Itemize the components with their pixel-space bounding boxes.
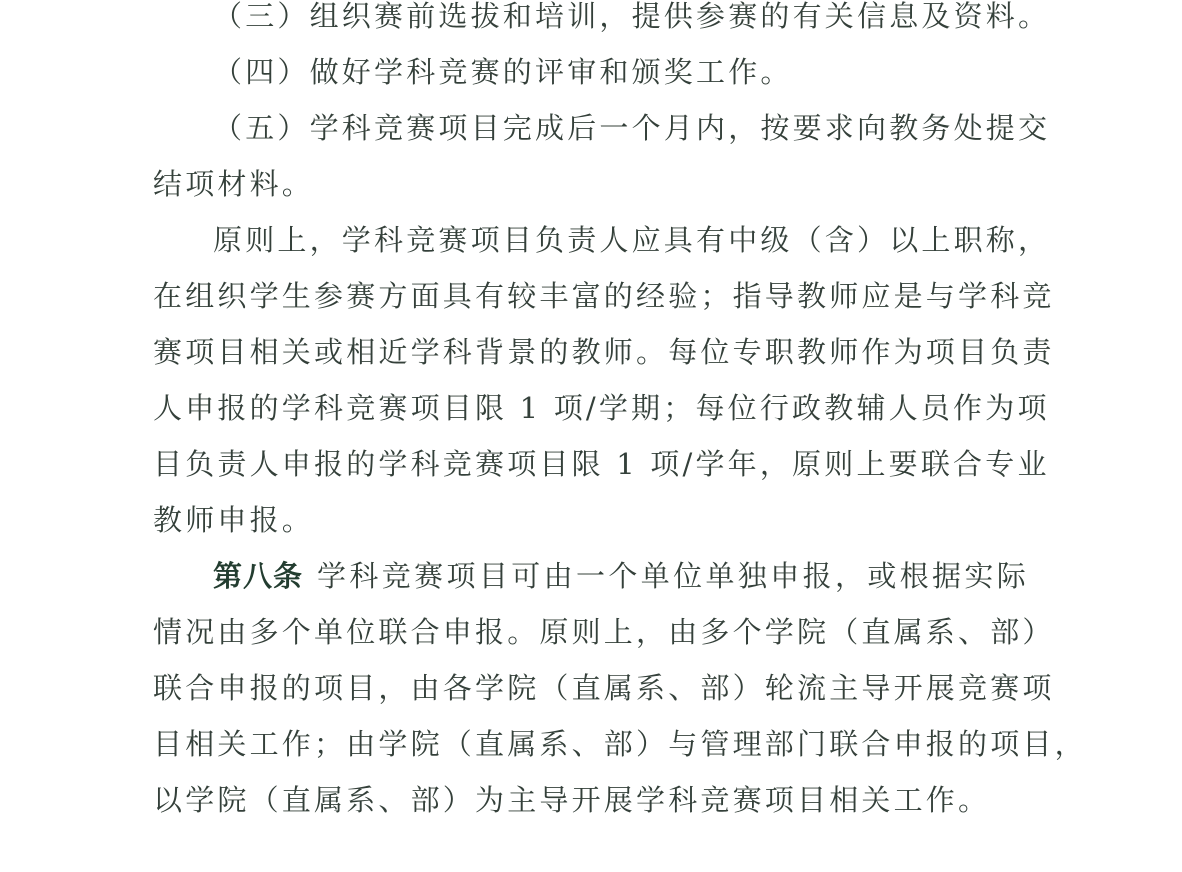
item-5-line-1: （五）学科竞赛项目完成后一个月内，按要求向教务处提交 — [213, 108, 1029, 148]
principle-line-2: 在组织学生参赛方面具有较丰富的经验；指导教师应是与学科竞 — [153, 276, 1029, 316]
principle-line-1: 原则上，学科竞赛项目负责人应具有中级（含）以上职称， — [213, 220, 1029, 260]
article-8-line-3: 联合申报的项目，由各学院（直属系、部）轮流主导开展竞赛项 — [153, 668, 1029, 708]
principle-line-3: 赛项目相关或相近学科背景的教师。每位专职教师作为项目负责 — [153, 332, 1029, 372]
article-8-line-5: 以学院（直属系、部）为主导开展学科竞赛项目相关工作。 — [153, 780, 1029, 820]
article-8-line-2: 情况由多个单位联合申报。原则上，由多个学院（直属系、部） — [153, 612, 1029, 652]
article-8-line-1-text: 学科竞赛项目可由一个单位单独申报，或根据实际 — [317, 556, 1029, 596]
article-8-line-1: 第八条 学科竞赛项目可由一个单位单独申报，或根据实际 — [213, 556, 1029, 596]
item-4-line-1: （四）做好学科竞赛的评审和颁奖工作。 — [213, 52, 1029, 92]
principle-line-5: 目负责人申报的学科竞赛项目限 1 项/学年，原则上要联合专业 — [153, 444, 1029, 484]
principle-line-6: 教师申报。 — [153, 500, 1029, 540]
article-8-line-4: 目相关工作；由学院（直属系、部）与管理部门联合申报的项目， — [153, 724, 1029, 764]
article-heading: 第八条 — [213, 556, 303, 596]
principle-line-4: 人申报的学科竞赛项目限 1 项/学期；每位行政教辅人员作为项 — [153, 388, 1029, 428]
item-3-line-1: （三）组织赛前选拔和培训，提供参赛的有关信息及资料。 — [213, 0, 1029, 36]
item-5-line-2: 结项材料。 — [153, 164, 1029, 204]
document-page: （三）组织赛前选拔和培训，提供参赛的有关信息及资料。 （四）做好学科竞赛的评审和… — [0, 0, 1182, 872]
